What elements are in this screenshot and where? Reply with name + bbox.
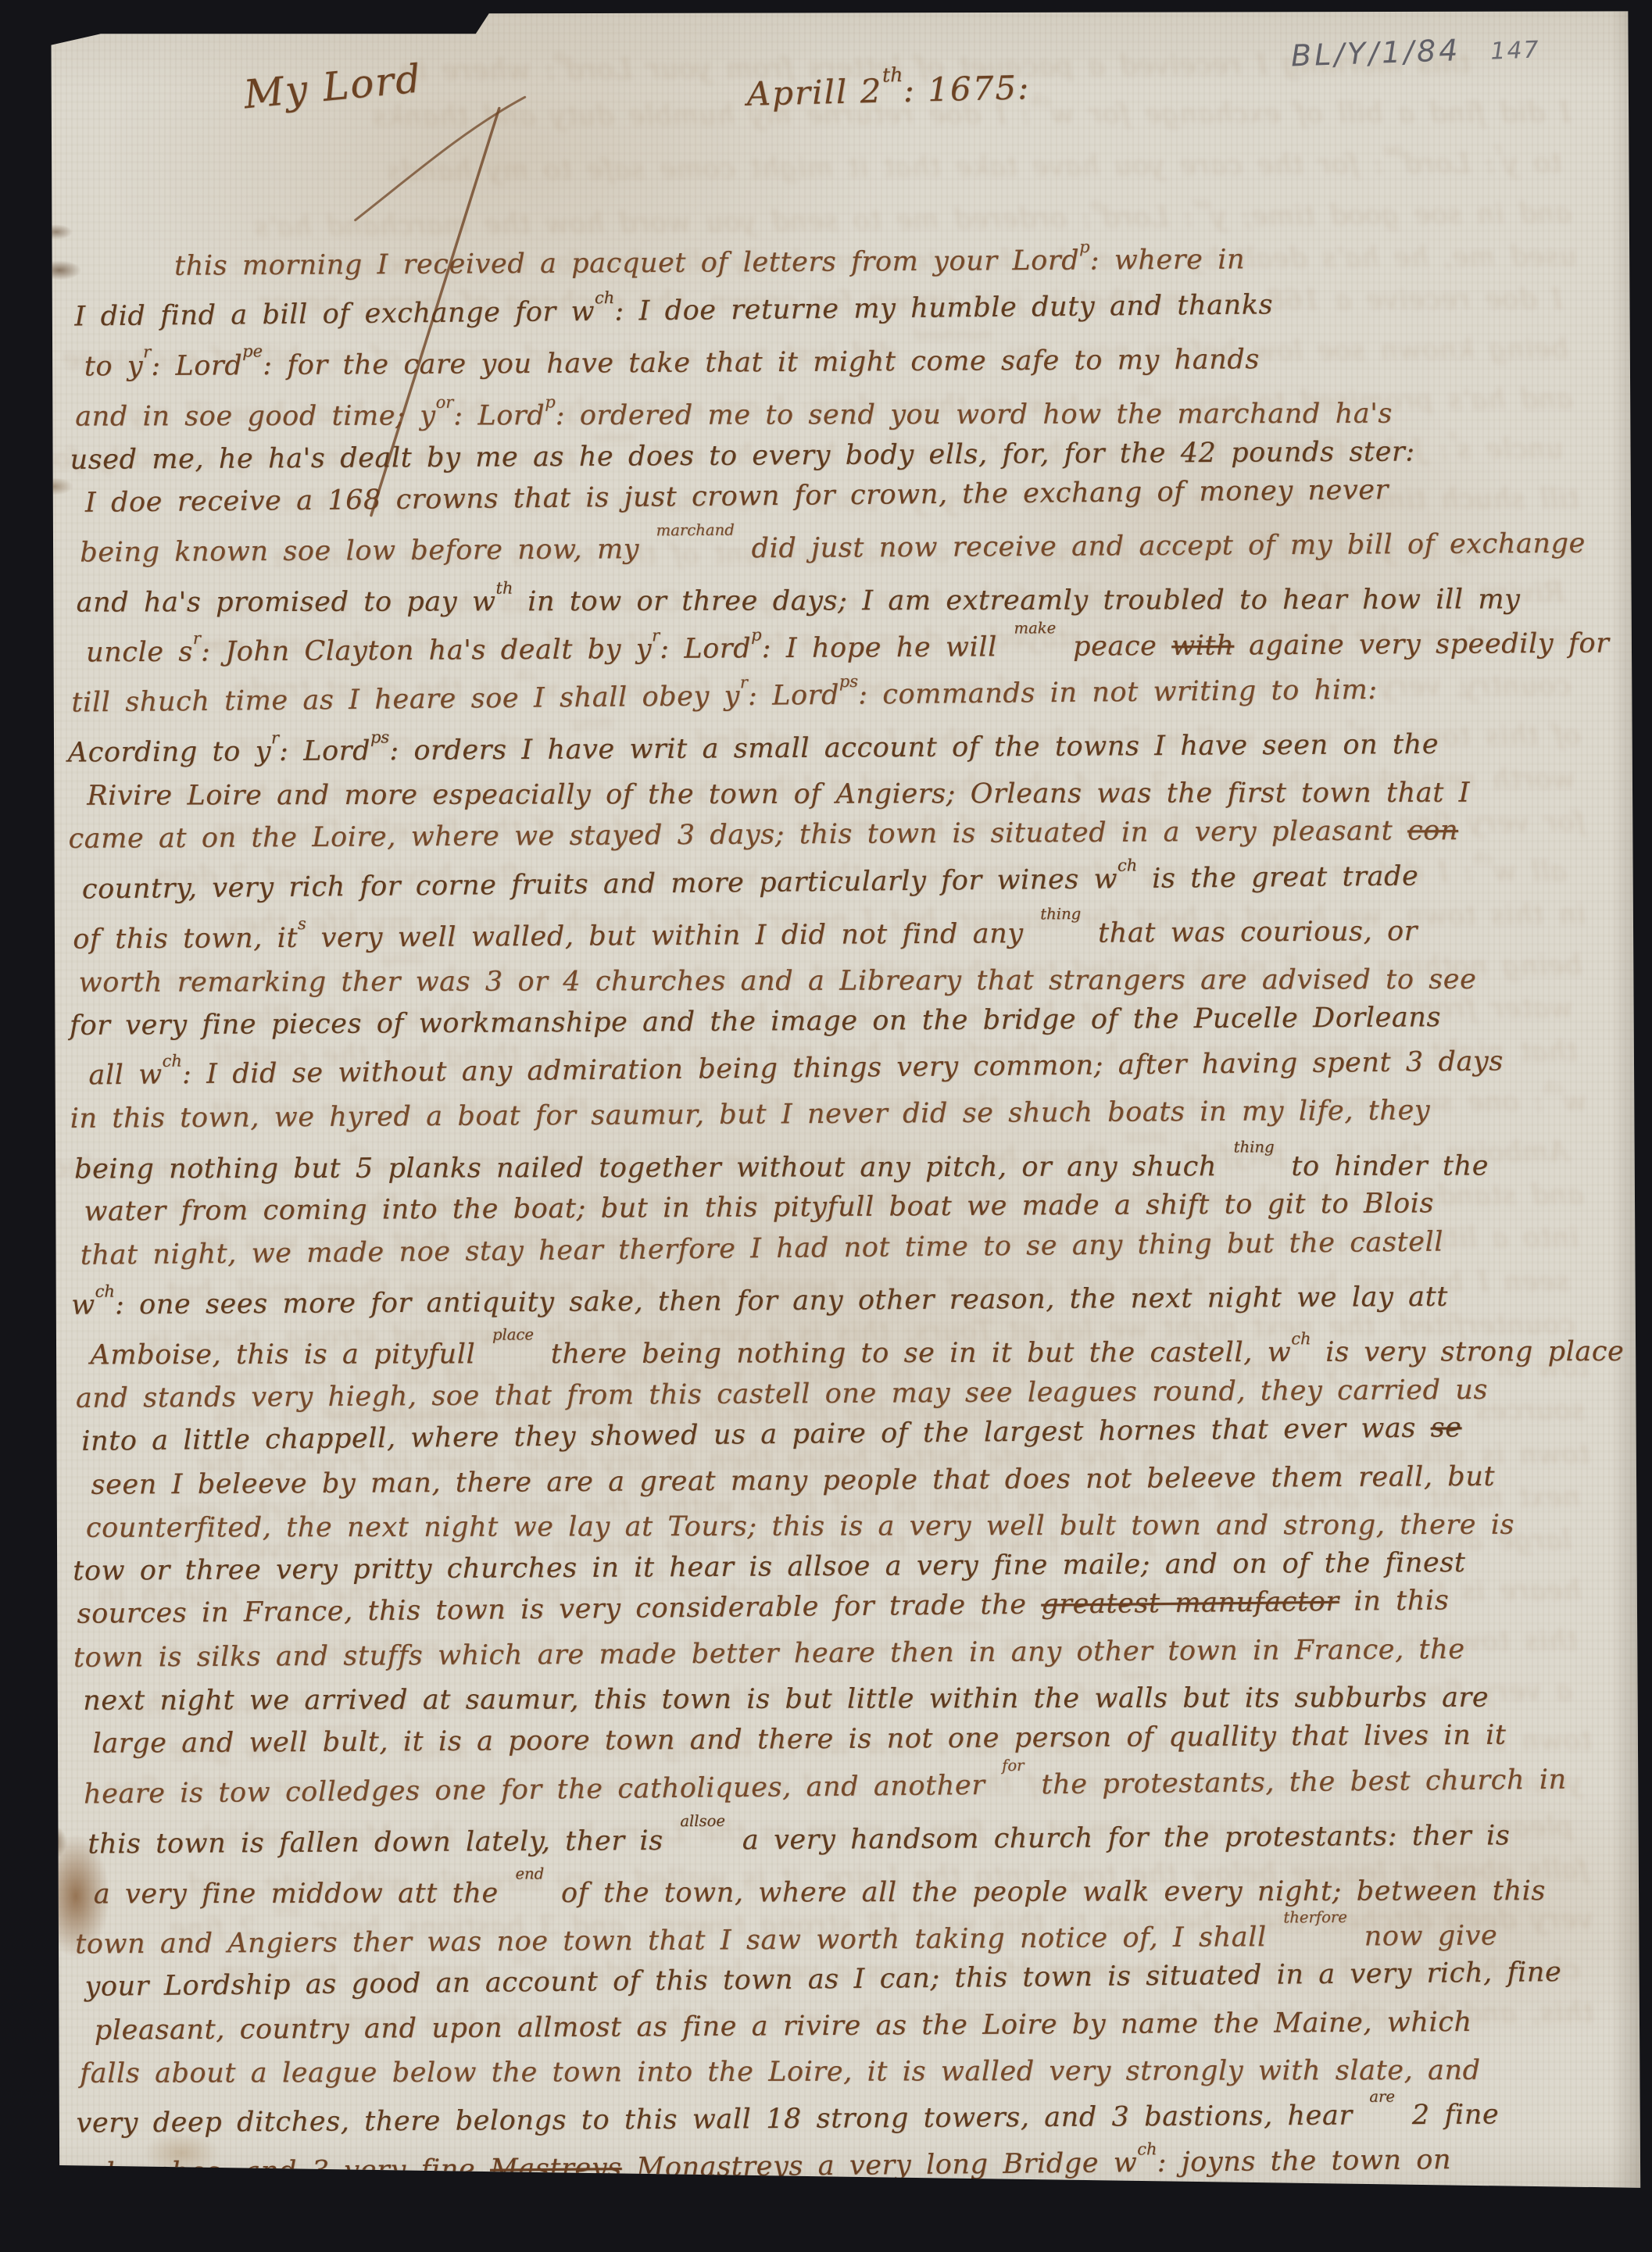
salutation: My Lord — [241, 55, 424, 117]
letter-content: My Lord Aprill 2th: 1675: this morning I… — [0, 0, 1652, 2252]
date-line: Aprill 2th: 1675: — [746, 68, 1031, 113]
letter-line: being known soe low before now, my march… — [80, 516, 1626, 575]
letter-line: falls about a league below the town into… — [80, 2049, 1636, 2096]
letter-page: this morning I received a pacquet of let… — [0, 0, 1652, 2252]
letter-line: worth remarking ther was 3 or 4 churches… — [79, 958, 1629, 1005]
letter-line: this town is fallen down lately, ther is… — [88, 1807, 1634, 1866]
letter-line: to yr: Lordpe: for the care you have tak… — [84, 330, 1625, 389]
photograph-background: this morning I received a pacquet of let… — [0, 0, 1652, 2252]
letter-line: counterfited, the next night we lay at T… — [86, 1503, 1632, 1550]
letter-line: Acording to yr: Lordps: orders I have wr… — [68, 716, 1628, 775]
letter-line: Amboise, this is a pityfull place there … — [90, 1324, 1631, 1377]
letter-line: and ha's promised to pay wth in tow or t… — [77, 572, 1627, 625]
letter-line: town is silks and stuffs which are made … — [73, 1627, 1633, 1679]
letter-line: next night we arrived at saumur, this to… — [83, 1676, 1633, 1723]
letter-line: this, and the other side of the rivire t… — [77, 2186, 1636, 2239]
letter-line: Rivire Loire and more espeacially of the… — [87, 771, 1628, 818]
letter-line: and in soe good time; yor: Lordp: ordere… — [75, 385, 1625, 438]
letter-line: of this town, its very well walled, but … — [73, 902, 1629, 961]
letter-line: being nothing but 5 planks nailed togeth… — [74, 1138, 1630, 1191]
letter-line: pleasant, country and upon allmost as fi… — [95, 2000, 1636, 2052]
letter-line: seen I beleeve by man, there are a great… — [91, 1454, 1632, 1507]
letter-line: in this town, we hyred a boat for saumur… — [70, 1088, 1630, 1141]
letter-line: a very fine middow att the end of the to… — [94, 1863, 1635, 1916]
letter-body: this morning I received a pacquet of let… — [65, 230, 1637, 2239]
letter-line: wch: one sees more for antiquity sake, t… — [71, 1268, 1631, 1328]
